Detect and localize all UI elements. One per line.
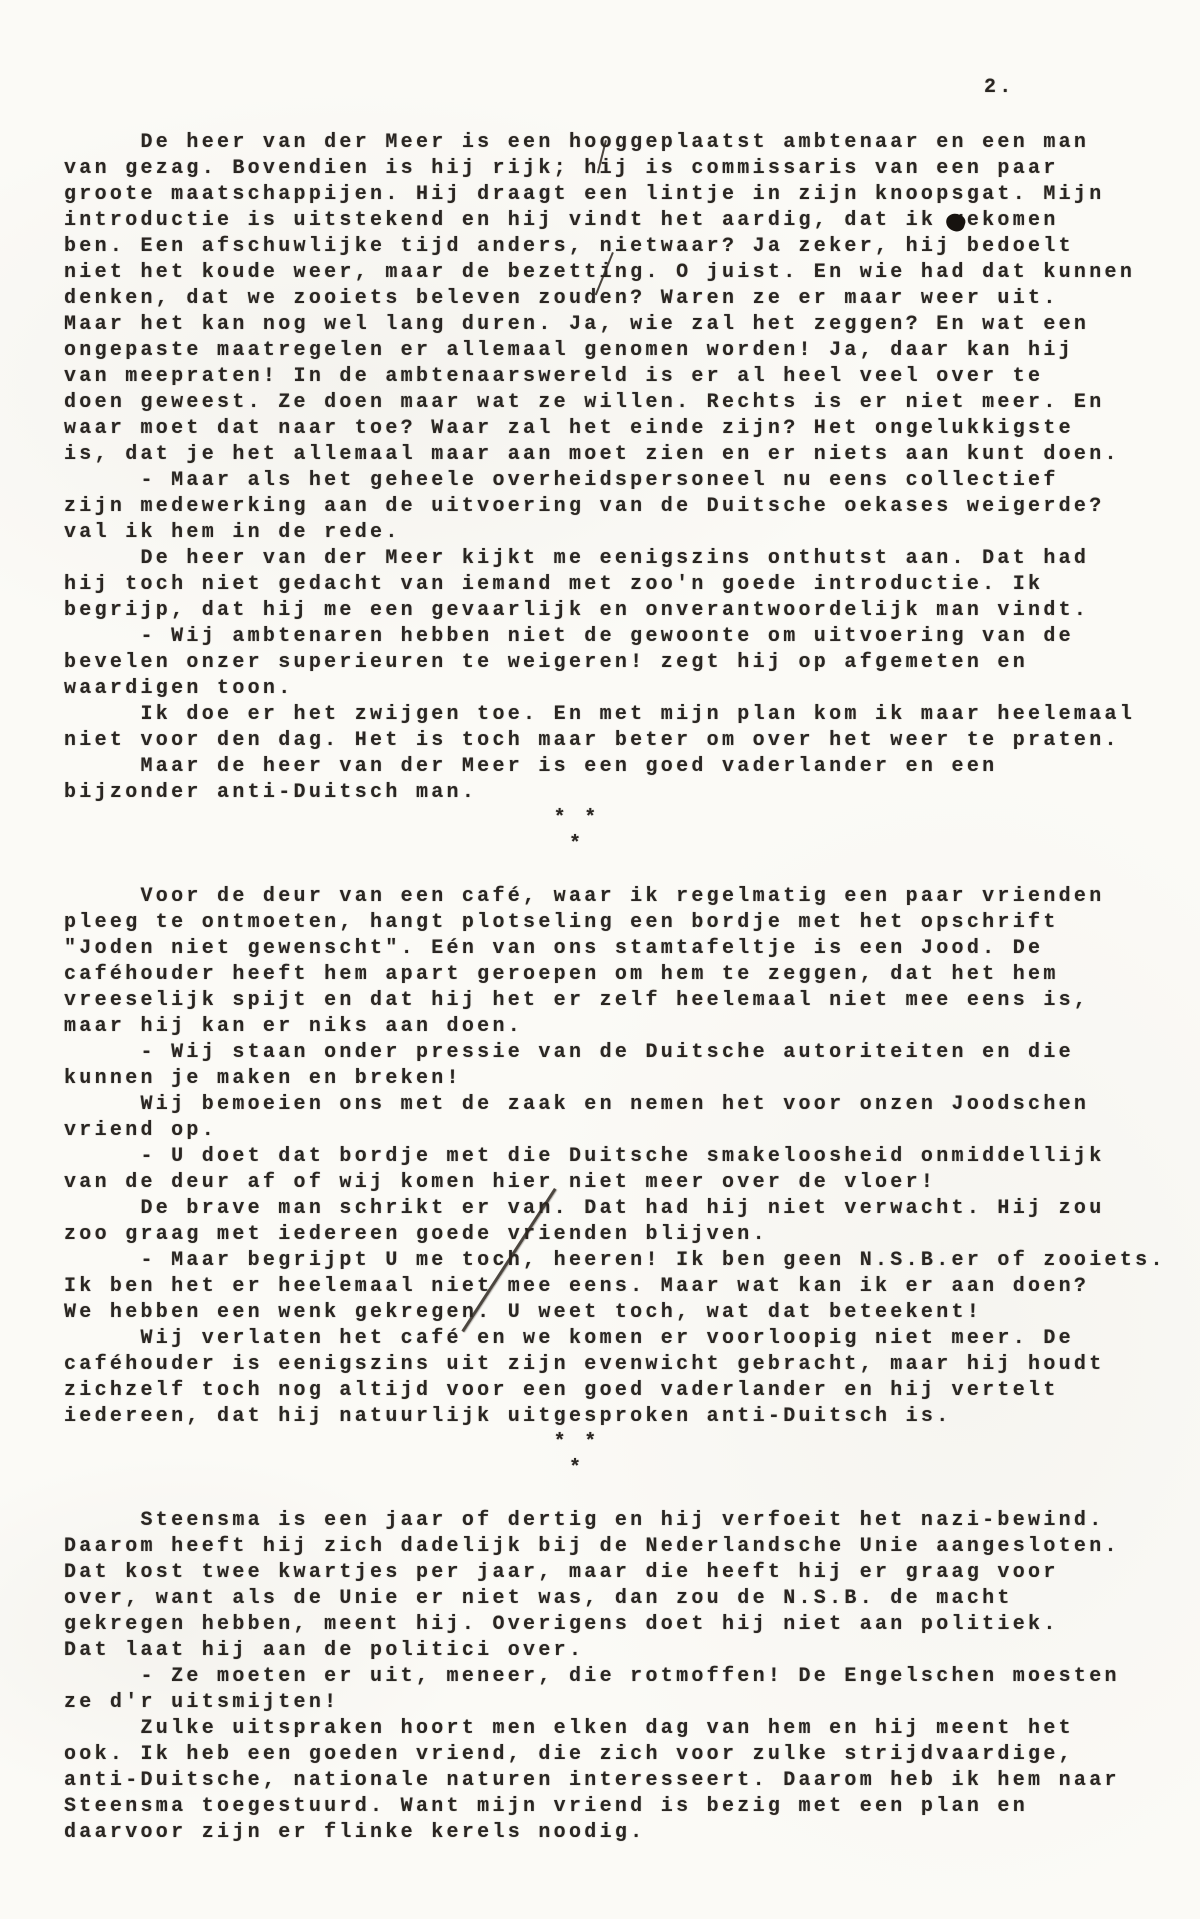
- text-line: Ik doe er het zwijgen toe. En met mijn p…: [64, 702, 1166, 728]
- text-line: gekregen hebben, meent hij. Overigens do…: [64, 1612, 1166, 1638]
- text-line: ben. Een afschuwlijke tijd anders, nietw…: [64, 234, 1166, 260]
- document-page: 2. De heer van der Meer is een hooggepla…: [0, 0, 1200, 1919]
- text-line: denken, dat we zooiets beleven zouden? W…: [64, 286, 1166, 312]
- text-line: De heer van der Meer kijkt me eenigszins…: [64, 546, 1166, 572]
- document-text: De heer van der Meer is een hooggeplaats…: [64, 130, 1166, 1846]
- section-separator: * *: [64, 806, 1166, 832]
- text-line: over, want als de Unie er niet was, dan …: [64, 1586, 1166, 1612]
- text-line: caféhouder heeft hem apart geroepen om h…: [64, 962, 1166, 988]
- text-line: waar moet dat naar toe? Waar zal het ein…: [64, 416, 1166, 442]
- text-line: van meepraten! In de ambtenaarswereld is…: [64, 364, 1166, 390]
- text-line: ongepaste maatregelen er allemaal genome…: [64, 338, 1166, 364]
- text-line: vreeselijk spijt en dat hij het er zelf …: [64, 988, 1166, 1014]
- text-line: bijzonder anti-Duitsch man.: [64, 780, 1166, 806]
- text-line: De heer van der Meer is een hooggeplaats…: [64, 130, 1166, 156]
- text-line: kunnen je maken en breken!: [64, 1066, 1166, 1092]
- text-line: Voor de deur van een café, waar ik regel…: [64, 884, 1166, 910]
- text-line: ook. Ik heb een goeden vriend, die zich …: [64, 1742, 1166, 1768]
- text-line: Steensma is een jaar of dertig en hij ve…: [64, 1508, 1166, 1534]
- text-line: Maar het kan nog wel lang duren. Ja, wie…: [64, 312, 1166, 338]
- text-line: niet het koude weer, maar de bezetting. …: [64, 260, 1166, 286]
- text-line: daarvoor zijn er flinke kerels noodig.: [64, 1820, 1166, 1846]
- text-line: - Maar als het geheele overheidspersonee…: [64, 468, 1166, 494]
- text-line: anti-Duitsche, nationale naturen interes…: [64, 1768, 1166, 1794]
- text-line: - Wij staan onder pressie van de Duitsch…: [64, 1040, 1166, 1066]
- text-line: We hebben een wenk gekregen. U weet toch…: [64, 1300, 1166, 1326]
- text-line: - Maar begrijpt U me toch, heeren! Ik be…: [64, 1248, 1166, 1274]
- text-line: vriend op.: [64, 1118, 1166, 1144]
- text-line: begrijp, dat hij me een gevaarlijk en on…: [64, 598, 1166, 624]
- text-line: bevelen onzer superieuren te weigeren! z…: [64, 650, 1166, 676]
- text-line: - Wij ambtenaren hebben niet de gewoonte…: [64, 624, 1166, 650]
- text-line: iedereen, dat hij natuurlijk uitgesproke…: [64, 1404, 1166, 1430]
- page-number: 2.: [984, 76, 1015, 99]
- text-line: De brave man schrikt er van. Dat had hij…: [64, 1196, 1166, 1222]
- text-line: val ik hem in de rede.: [64, 520, 1166, 546]
- section-separator: *: [64, 832, 1166, 858]
- text-line: maar hij kan er niks aan doen.: [64, 1014, 1166, 1040]
- text-line: Dat laat hij aan de politici over.: [64, 1638, 1166, 1664]
- text-line: van gezag. Bovendien is hij rijk; hij is…: [64, 156, 1166, 182]
- text-line: zoo graag met iedereen goede vrienden bl…: [64, 1222, 1166, 1248]
- blank-line: [64, 1482, 1166, 1508]
- text-line: - U doet dat bordje met die Duitsche sma…: [64, 1144, 1166, 1170]
- blank-line: [64, 858, 1166, 884]
- text-line: is, dat je het allemaal maar aan moet zi…: [64, 442, 1166, 468]
- text-line: ze d'r uitsmijten!: [64, 1690, 1166, 1716]
- text-line: zichzelf toch nog altijd voor een goed v…: [64, 1378, 1166, 1404]
- section-separator: *: [64, 1456, 1166, 1482]
- text-line: Daarom heeft hij zich dadelijk bij de Ne…: [64, 1534, 1166, 1560]
- text-line: zijn medewerking aan de uitvoering van d…: [64, 494, 1166, 520]
- text-line: pleeg te ontmoeten, hangt plotseling een…: [64, 910, 1166, 936]
- text-line: Maar de heer van der Meer is een goed va…: [64, 754, 1166, 780]
- text-line: Wij bemoeien ons met de zaak en nemen he…: [64, 1092, 1166, 1118]
- text-line: Steensma toegestuurd. Want mijn vriend i…: [64, 1794, 1166, 1820]
- text-line: Dat kost twee kwartjes per jaar, maar di…: [64, 1560, 1166, 1586]
- text-line: groote maatschappijen. Hij draagt een li…: [64, 182, 1166, 208]
- text-line: waardigen toon.: [64, 676, 1166, 702]
- text-line: "Joden niet gewenscht". Eén van ons stam…: [64, 936, 1166, 962]
- text-line: doen geweest. Ze doen maar wat ze willen…: [64, 390, 1166, 416]
- text-line: introductie is uitstekend en hij vindt h…: [64, 208, 1166, 234]
- text-line: hij toch niet gedacht van iemand met zoo…: [64, 572, 1166, 598]
- text-line: niet voor den dag. Het is toch maar bete…: [64, 728, 1166, 754]
- text-line: - Ze moeten er uit, meneer, die rotmoffe…: [64, 1664, 1166, 1690]
- text-line: van de deur af of wij komen hier niet me…: [64, 1170, 1166, 1196]
- text-line: caféhouder is eenigszins uit zijn evenwi…: [64, 1352, 1166, 1378]
- section-separator: * *: [64, 1430, 1166, 1456]
- text-line: Ik ben het er heelemaal niet mee eens. M…: [64, 1274, 1166, 1300]
- text-line: Wij verlaten het café en we komen er voo…: [64, 1326, 1166, 1352]
- text-line: Zulke uitspraken hoort men elken dag van…: [64, 1716, 1166, 1742]
